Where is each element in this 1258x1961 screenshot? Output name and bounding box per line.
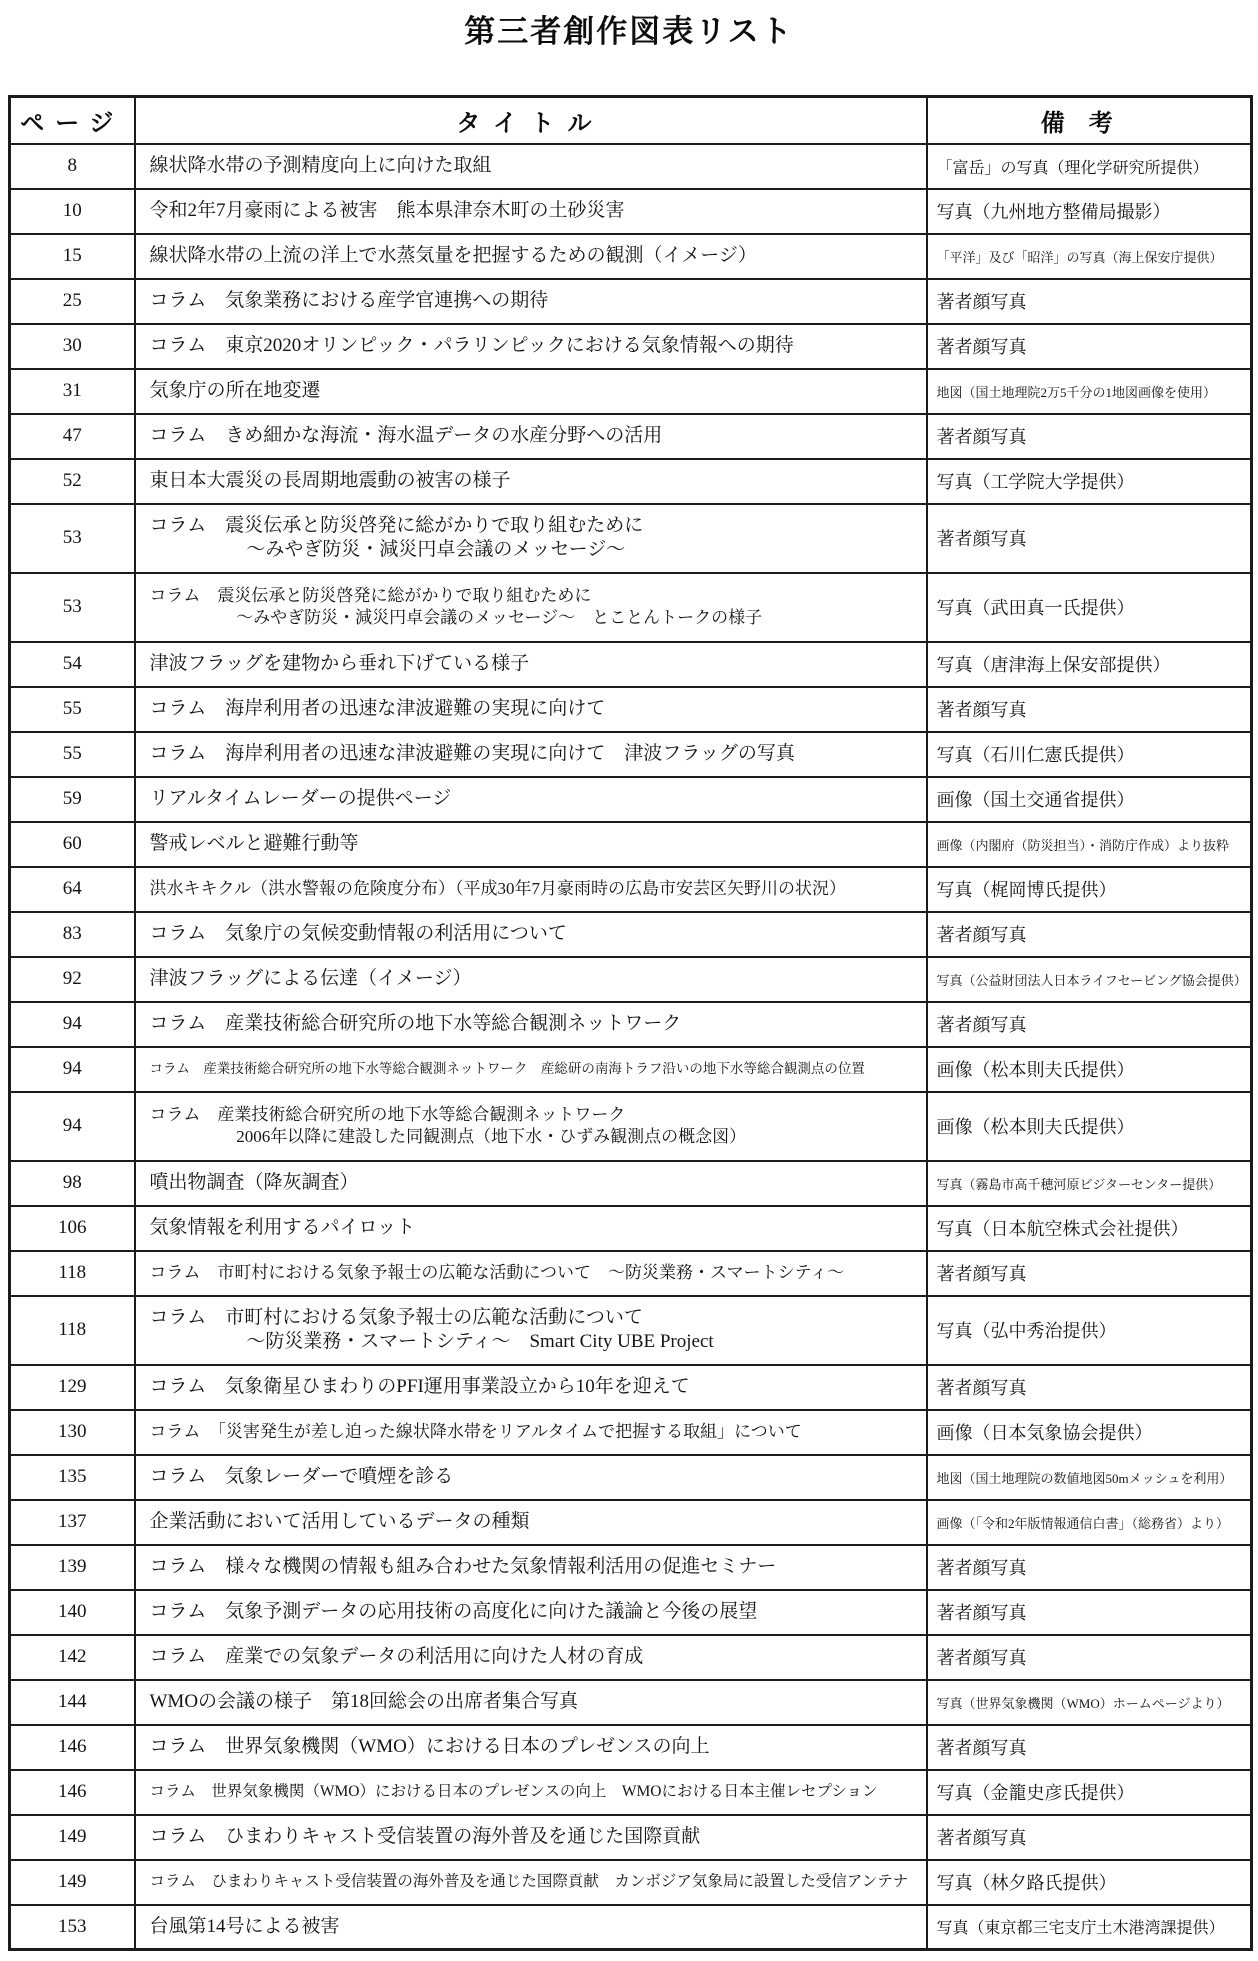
title-cell: 台風第14号による被害 (135, 1905, 927, 1950)
remarks-cell: 写真（武田真一氏提供） (927, 573, 1252, 642)
page-number-cell: 55 (10, 732, 135, 777)
title-line: ～みやぎ防災・減災円卓会議のメッセージ～ とことんトークの様子 (150, 607, 918, 629)
title-line: コラム ひまわりキャスト受信装置の海外普及を通じた国際貢献 (150, 1825, 918, 1849)
remarks-cell: 写真（日本航空株式会社提供） (927, 1206, 1252, 1251)
remarks-cell: 写真（東京都三宅支庁土木港湾課提供） (927, 1905, 1252, 1950)
title-line: 気象情報を利用するパイロット (150, 1216, 918, 1240)
title-line: コラム 気象予測データの応用技術の高度化に向けた議論と今後の展望 (150, 1600, 918, 1624)
title-line: コラム 海岸利用者の迅速な津波避難の実現に向けて 津波フラッグの写真 (150, 742, 918, 766)
page-number-cell: 118 (10, 1251, 135, 1296)
page-number-cell: 53 (10, 504, 135, 573)
title-cell: 津波フラッグを建物から垂れ下げている様子 (135, 642, 927, 687)
title-cell: コラム 気象業務における産学官連携への期待 (135, 279, 927, 324)
remarks-cell: 「平洋」及び「昭洋」の写真（海上保安庁提供） (927, 234, 1252, 279)
remarks-cell: 地図（国土地理院の数値地図50mメッシュを利用） (927, 1455, 1252, 1500)
title-line: コラム 気象衛星ひまわりのPFI運用事業設立から10年を迎えて (150, 1375, 918, 1399)
page-number-cell: 25 (10, 279, 135, 324)
title-line: コラム 産業技術総合研究所の地下水等総合観測ネットワーク 産総研の南海トラフ沿い… (150, 1060, 918, 1077)
title-line: 警戒レベルと避難行動等 (150, 832, 918, 856)
remarks-cell: 写真（公益財団法人日本ライフセービング協会提供） (927, 957, 1252, 1002)
title-line: WMOの会議の様子 第18回総会の出席者集合写真 (150, 1690, 918, 1714)
remarks-cell: 写真（石川仁憲氏提供） (927, 732, 1252, 777)
title-cell: コラム 市町村における気象予報士の広範な活動について～防災業務・スマートシティ～… (135, 1296, 927, 1365)
table-row: 137 企業活動において活用しているデータの種類 画像（「令和2年版情報通信白書… (10, 1500, 1252, 1545)
table-row: 83 コラム 気象庁の気候変動情報の利活用について 著者顔写真 (10, 912, 1252, 957)
page-number-cell: 144 (10, 1680, 135, 1725)
title-cell: コラム 産業技術総合研究所の地下水等総合観測ネットワーク2006年以降に建設した… (135, 1092, 927, 1161)
table-row: 59 リアルタイムレーダーの提供ページ 画像（国土交通省提供） (10, 777, 1252, 822)
page-number-cell: 53 (10, 573, 135, 642)
remarks-cell: 著者顔写真 (927, 1365, 1252, 1410)
page-number-cell: 59 (10, 777, 135, 822)
page-number-cell: 83 (10, 912, 135, 957)
title-cell: 気象庁の所在地変遷 (135, 369, 927, 414)
page-number-cell: 15 (10, 234, 135, 279)
page-number-cell: 98 (10, 1161, 135, 1206)
title-cell: コラム 気象庁の気候変動情報の利活用について (135, 912, 927, 957)
title-cell: 線状降水帯の上流の洋上で水蒸気量を把握するための観測（イメージ） (135, 234, 927, 279)
title-line: ～みやぎ防災・減災円卓会議のメッセージ～ (150, 538, 918, 562)
table-row: 64 洪水キキクル（洪水警報の危険度分布）（平成30年7月豪雨時の広島市安芸区矢… (10, 867, 1252, 912)
table-row: 130 コラム 「災害発生が差し迫った線状降水帯をリアルタイムで把握する取組」に… (10, 1410, 1252, 1455)
title-line: コラム 市町村における気象予報士の広範な活動について ～防災業務・スマートシティ… (150, 1262, 918, 1284)
title-line: 津波フラッグによる伝達（イメージ） (150, 967, 918, 991)
title-line: コラム 「災害発生が差し迫った線状降水帯をリアルタイムで把握する取組」について (150, 1421, 918, 1443)
title-cell: 線状降水帯の予測精度向上に向けた取組 (135, 144, 927, 189)
table-row: 30 コラム 東京2020オリンピック・パラリンピックにおける気象情報への期待 … (10, 324, 1252, 369)
remarks-cell: 写真（金籠史彦氏提供） (927, 1770, 1252, 1815)
title-cell: 東日本大震災の長周期地震動の被害の様子 (135, 459, 927, 504)
page-number-cell: 146 (10, 1725, 135, 1770)
title-cell: コラム 産業での気象データの利活用に向けた人材の育成 (135, 1635, 927, 1680)
remarks-cell: 著者顔写真 (927, 1725, 1252, 1770)
page-number-cell: 94 (10, 1002, 135, 1047)
table-row: 55 コラム 海岸利用者の迅速な津波避難の実現に向けて 津波フラッグの写真 写真… (10, 732, 1252, 777)
page-number-cell: 149 (10, 1815, 135, 1860)
title-line: 線状降水帯の予測精度向上に向けた取組 (150, 154, 918, 178)
page-number-cell: 106 (10, 1206, 135, 1251)
remarks-cell: 画像（国土交通省提供） (927, 777, 1252, 822)
title-cell: コラム 気象レーダーで噴煙を診る (135, 1455, 927, 1500)
table-row: 94 コラム 産業技術総合研究所の地下水等総合観測ネットワーク 著者顔写真 (10, 1002, 1252, 1047)
remarks-cell: 著者顔写真 (927, 1002, 1252, 1047)
remarks-cell: 「富岳」の写真（理化学研究所提供） (927, 144, 1252, 189)
title-cell: 津波フラッグによる伝達（イメージ） (135, 957, 927, 1002)
page-number-cell: 130 (10, 1410, 135, 1455)
table-row: 94 コラム 産業技術総合研究所の地下水等総合観測ネットワーク 産総研の南海トラ… (10, 1047, 1252, 1092)
title-cell: 噴出物調査（降灰調査） (135, 1161, 927, 1206)
title-cell: コラム 東京2020オリンピック・パラリンピックにおける気象情報への期待 (135, 324, 927, 369)
title-cell: コラム 産業技術総合研究所の地下水等総合観測ネットワーク 産総研の南海トラフ沿い… (135, 1047, 927, 1092)
column-header-remarks: 備考 (927, 97, 1252, 144)
remarks-cell: 著者顔写真 (927, 1590, 1252, 1635)
remarks-cell: 写真（世界気象機関（WMO）ホームページより） (927, 1680, 1252, 1725)
title-line: リアルタイムレーダーの提供ページ (150, 787, 918, 811)
title-line: コラム 気象庁の気候変動情報の利活用について (150, 922, 918, 946)
title-cell: コラム 海岸利用者の迅速な津波避難の実現に向けて 津波フラッグの写真 (135, 732, 927, 777)
title-cell: コラム きめ細かな海流・海水温データの水産分野への活用 (135, 414, 927, 459)
table-row: 15 線状降水帯の上流の洋上で水蒸気量を把握するための観測（イメージ） 「平洋」… (10, 234, 1252, 279)
title-line: コラム ひまわりキャスト受信装置の海外普及を通じた国際貢献 カンボジア気象局に設… (150, 1872, 918, 1892)
title-cell: WMOの会議の様子 第18回総会の出席者集合写真 (135, 1680, 927, 1725)
title-line: 令和2年7月豪雨による被害 熊本県津奈木町の土砂災害 (150, 199, 918, 223)
remarks-cell: 著者顔写真 (927, 1251, 1252, 1296)
title-line: 2006年以降に建設した同観測点（地下水・ひずみ観測点の概念図） (150, 1126, 918, 1148)
title-line: コラム 様々な機関の情報も組み合わせた気象情報利活用の促進セミナー (150, 1555, 918, 1579)
table-row: 92 津波フラッグによる伝達（イメージ） 写真（公益財団法人日本ライフセービング… (10, 957, 1252, 1002)
table-row: 106 気象情報を利用するパイロット 写真（日本航空株式会社提供） (10, 1206, 1252, 1251)
table-row: 149 コラム ひまわりキャスト受信装置の海外普及を通じた国際貢献 カンボジア気… (10, 1860, 1252, 1905)
page-number-cell: 135 (10, 1455, 135, 1500)
table-row: 94 コラム 産業技術総合研究所の地下水等総合観測ネットワーク2006年以降に建… (10, 1092, 1252, 1161)
table-row: 25 コラム 気象業務における産学官連携への期待 著者顔写真 (10, 279, 1252, 324)
page-number-cell: 142 (10, 1635, 135, 1680)
table-row: 47 コラム きめ細かな海流・海水温データの水産分野への活用 著者顔写真 (10, 414, 1252, 459)
title-cell: コラム 市町村における気象予報士の広範な活動について ～防災業務・スマートシティ… (135, 1251, 927, 1296)
header-row: ページ タイトル 備考 (10, 97, 1252, 144)
title-line: 洪水キキクル（洪水警報の危険度分布）（平成30年7月豪雨時の広島市安芸区矢野川の… (150, 878, 918, 900)
title-cell: コラム ひまわりキャスト受信装置の海外普及を通じた国際貢献 カンボジア気象局に設… (135, 1860, 927, 1905)
remarks-cell: 著者顔写真 (927, 504, 1252, 573)
page-number-cell: 8 (10, 144, 135, 189)
title-line: コラム 産業技術総合研究所の地下水等総合観測ネットワーク (150, 1012, 918, 1036)
page-number-cell: 137 (10, 1500, 135, 1545)
remarks-cell: 写真（梶岡博氏提供） (927, 867, 1252, 912)
title-cell: コラム 震災伝承と防災啓発に総がかりで取り組むために～みやぎ防災・減災円卓会議の… (135, 573, 927, 642)
table-row: 55 コラム 海岸利用者の迅速な津波避難の実現に向けて 著者顔写真 (10, 687, 1252, 732)
title-cell: 警戒レベルと避難行動等 (135, 822, 927, 867)
table-row: 118 コラム 市町村における気象予報士の広範な活動について ～防災業務・スマー… (10, 1251, 1252, 1296)
page-number-cell: 47 (10, 414, 135, 459)
title-line: コラム 東京2020オリンピック・パラリンピックにおける気象情報への期待 (150, 334, 918, 358)
title-cell: 気象情報を利用するパイロット (135, 1206, 927, 1251)
table-row: 142 コラム 産業での気象データの利活用に向けた人材の育成 著者顔写真 (10, 1635, 1252, 1680)
title-line: コラム 気象業務における産学官連携への期待 (150, 289, 918, 313)
table-row: 153 台風第14号による被害 写真（東京都三宅支庁土木港湾課提供） (10, 1905, 1252, 1950)
title-line: コラム 世界気象機関（WMO）における日本のプレゼンスの向上 WMOにおける日本… (150, 1782, 918, 1802)
remarks-cell: 著者顔写真 (927, 1815, 1252, 1860)
title-cell: コラム 海岸利用者の迅速な津波避難の実現に向けて (135, 687, 927, 732)
title-cell: コラム ひまわりキャスト受信装置の海外普及を通じた国際貢献 (135, 1815, 927, 1860)
title-line: 気象庁の所在地変遷 (150, 379, 918, 403)
table-row: 135 コラム 気象レーダーで噴煙を診る 地図（国土地理院の数値地図50mメッシ… (10, 1455, 1252, 1500)
remarks-cell: 画像（松本則夫氏提供） (927, 1092, 1252, 1161)
title-line: 台風第14号による被害 (150, 1915, 918, 1939)
title-cell: コラム 世界気象機関（WMO）における日本のプレゼンスの向上 (135, 1725, 927, 1770)
remarks-cell: 地図（国土地理院2万5千分の1地図画像を使用） (927, 369, 1252, 414)
page-number-cell: 30 (10, 324, 135, 369)
table-row: 53 コラム 震災伝承と防災啓発に総がかりで取り組むために～みやぎ防災・減災円卓… (10, 573, 1252, 642)
table-row: 53 コラム 震災伝承と防災啓発に総がかりで取り組むために～みやぎ防災・減災円卓… (10, 504, 1252, 573)
title-line: ～防災業務・スマートシティ～ Smart City UBE Project (150, 1330, 918, 1354)
title-line: コラム きめ細かな海流・海水温データの水産分野への活用 (150, 424, 918, 448)
page-number-cell: 146 (10, 1770, 135, 1815)
page-number-cell: 60 (10, 822, 135, 867)
title-cell: コラム 震災伝承と防災啓発に総がかりで取り組むために～みやぎ防災・減災円卓会議の… (135, 504, 927, 573)
title-cell: リアルタイムレーダーの提供ページ (135, 777, 927, 822)
title-line: コラム 産業技術総合研究所の地下水等総合観測ネットワーク (150, 1104, 918, 1126)
page-number-cell: 10 (10, 189, 135, 234)
page-number-cell: 118 (10, 1296, 135, 1365)
remarks-cell: 写真（唐津海上保安部提供） (927, 642, 1252, 687)
page-number-cell: 129 (10, 1365, 135, 1410)
page-number-cell: 153 (10, 1905, 135, 1950)
table-row: 118 コラム 市町村における気象予報士の広範な活動について～防災業務・スマート… (10, 1296, 1252, 1365)
title-line: 津波フラッグを建物から垂れ下げている様子 (150, 652, 918, 676)
title-cell: コラム 様々な機関の情報も組み合わせた気象情報利活用の促進セミナー (135, 1545, 927, 1590)
remarks-cell: 著者顔写真 (927, 1635, 1252, 1680)
table-row: 144 WMOの会議の様子 第18回総会の出席者集合写真 写真（世界気象機関（W… (10, 1680, 1252, 1725)
page-number-cell: 55 (10, 687, 135, 732)
title-cell: コラム 気象予測データの応用技術の高度化に向けた議論と今後の展望 (135, 1590, 927, 1635)
remarks-cell: 著者顔写真 (927, 279, 1252, 324)
remarks-cell: 写真（霧島市高千穂河原ビジターセンター提供） (927, 1161, 1252, 1206)
title-line: コラム 震災伝承と防災啓発に総がかりで取り組むために (150, 514, 918, 538)
remarks-cell: 著者顔写真 (927, 1545, 1252, 1590)
title-line: 企業活動において活用しているデータの種類 (150, 1510, 918, 1534)
table-row: 139 コラム 様々な機関の情報も組み合わせた気象情報利活用の促進セミナー 著者… (10, 1545, 1252, 1590)
table-row: 10 令和2年7月豪雨による被害 熊本県津奈木町の土砂災害 写真（九州地方整備局… (10, 189, 1252, 234)
document-title: 第三者創作図表リスト (8, 6, 1250, 51)
title-line: コラム 海岸利用者の迅速な津波避難の実現に向けて (150, 697, 918, 721)
page-number-cell: 94 (10, 1092, 135, 1161)
remarks-cell: 著者顔写真 (927, 912, 1252, 957)
title-line: コラム 世界気象機関（WMO）における日本のプレゼンスの向上 (150, 1735, 918, 1759)
title-line: コラム 産業での気象データの利活用に向けた人材の育成 (150, 1645, 918, 1669)
table-row: 149 コラム ひまわりキャスト受信装置の海外普及を通じた国際貢献 著者顔写真 (10, 1815, 1252, 1860)
remarks-cell: 著者顔写真 (927, 324, 1252, 369)
page-number-cell: 64 (10, 867, 135, 912)
remarks-cell: 著者顔写真 (927, 414, 1252, 459)
table-row: 140 コラム 気象予測データの応用技術の高度化に向けた議論と今後の展望 著者顔… (10, 1590, 1252, 1635)
table-header: ページ タイトル 備考 (10, 97, 1252, 144)
title-cell: 洪水キキクル（洪水警報の危険度分布）（平成30年7月豪雨時の広島市安芸区矢野川の… (135, 867, 927, 912)
page-number-cell: 149 (10, 1860, 135, 1905)
title-line: コラム 震災伝承と防災啓発に総がかりで取り組むために (150, 585, 918, 607)
page-number-cell: 94 (10, 1047, 135, 1092)
page-number-cell: 31 (10, 369, 135, 414)
remarks-cell: 画像（松本則夫氏提供） (927, 1047, 1252, 1092)
remarks-cell: 写真（工学院大学提供） (927, 459, 1252, 504)
remarks-cell: 画像（「令和2年版情報通信白書」（総務省）より） (927, 1500, 1252, 1545)
title-cell: コラム 世界気象機関（WMO）における日本のプレゼンスの向上 WMOにおける日本… (135, 1770, 927, 1815)
title-cell: 企業活動において活用しているデータの種類 (135, 1500, 927, 1545)
title-line: 東日本大震災の長周期地震動の被害の様子 (150, 469, 918, 493)
page-number-cell: 140 (10, 1590, 135, 1635)
remarks-cell: 画像（内閣府（防災担当）・消防庁作成）より抜粋 (927, 822, 1252, 867)
title-line: コラム 市町村における気象予報士の広範な活動について (150, 1306, 918, 1330)
title-cell: コラム 「災害発生が差し迫った線状降水帯をリアルタイムで把握する取組」について (135, 1410, 927, 1455)
table-row: 52 東日本大震災の長周期地震動の被害の様子 写真（工学院大学提供） (10, 459, 1252, 504)
table-row: 60 警戒レベルと避難行動等 画像（内閣府（防災担当）・消防庁作成）より抜粋 (10, 822, 1252, 867)
table-row: 54 津波フラッグを建物から垂れ下げている様子 写真（唐津海上保安部提供） (10, 642, 1252, 687)
column-header-page: ページ (10, 97, 135, 144)
title-cell: コラム 気象衛星ひまわりのPFI運用事業設立から10年を迎えて (135, 1365, 927, 1410)
remarks-cell: 写真（弘中秀治提供） (927, 1296, 1252, 1365)
page-number-cell: 92 (10, 957, 135, 1002)
remarks-cell: 写真（九州地方整備局撮影） (927, 189, 1252, 234)
page-number-cell: 54 (10, 642, 135, 687)
figures-table: ページ タイトル 備考 8 線状降水帯の予測精度向上に向けた取組 「富岳」の写真… (8, 95, 1253, 1951)
title-cell: コラム 産業技術総合研究所の地下水等総合観測ネットワーク (135, 1002, 927, 1047)
column-header-title: タイトル (135, 97, 927, 144)
title-line: 線状降水帯の上流の洋上で水蒸気量を把握するための観測（イメージ） (150, 244, 918, 268)
page-number-cell: 139 (10, 1545, 135, 1590)
table-row: 8 線状降水帯の予測精度向上に向けた取組 「富岳」の写真（理化学研究所提供） (10, 144, 1252, 189)
table-body: 8 線状降水帯の予測精度向上に向けた取組 「富岳」の写真（理化学研究所提供） 1… (10, 144, 1252, 1950)
title-cell: 令和2年7月豪雨による被害 熊本県津奈木町の土砂災害 (135, 189, 927, 234)
page-number-cell: 52 (10, 459, 135, 504)
title-line: 噴出物調査（降灰調査） (150, 1171, 918, 1195)
remarks-cell: 著者顔写真 (927, 687, 1252, 732)
title-line: コラム 気象レーダーで噴煙を診る (150, 1465, 918, 1489)
remarks-cell: 写真（林夕路氏提供） (927, 1860, 1252, 1905)
table-row: 146 コラム 世界気象機関（WMO）における日本のプレゼンスの向上 WMOにお… (10, 1770, 1252, 1815)
table-row: 98 噴出物調査（降灰調査） 写真（霧島市高千穂河原ビジターセンター提供） (10, 1161, 1252, 1206)
table-row: 31 気象庁の所在地変遷 地図（国土地理院2万5千分の1地図画像を使用） (10, 369, 1252, 414)
remarks-cell: 画像（日本気象協会提供） (927, 1410, 1252, 1455)
table-row: 129 コラム 気象衛星ひまわりのPFI運用事業設立から10年を迎えて 著者顔写… (10, 1365, 1252, 1410)
document-page: 第三者創作図表リスト ページ タイトル 備考 8 線状降水帯の予測精度向上に向け… (0, 0, 1258, 1961)
table-row: 146 コラム 世界気象機関（WMO）における日本のプレゼンスの向上 著者顔写真 (10, 1725, 1252, 1770)
